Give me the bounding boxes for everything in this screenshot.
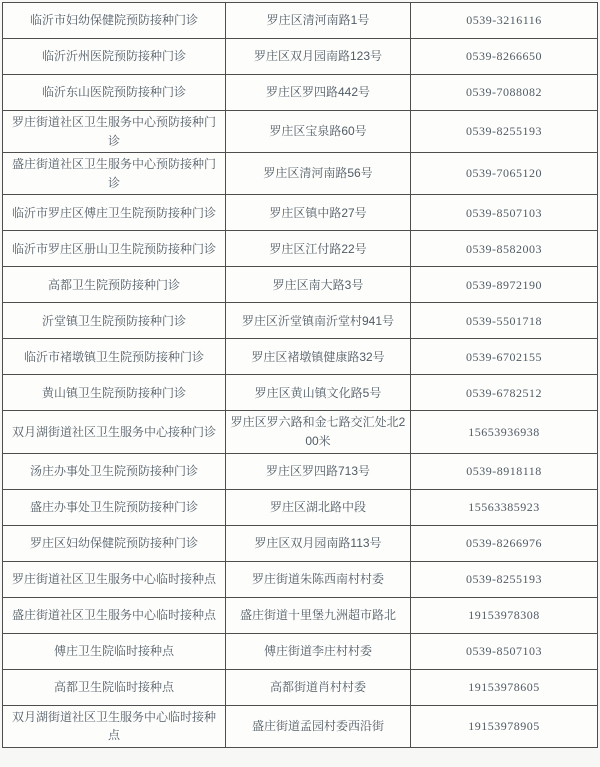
phone-cell: 0539-6782512	[411, 375, 598, 411]
phone-cell: 0539-8255193	[411, 561, 598, 597]
clinic-name-cell: 傅庄卫生院临时接种点	[3, 633, 226, 669]
phone-cell: 19153978605	[411, 669, 598, 705]
address-cell: 傅庄街道李庄村村委	[226, 633, 411, 669]
clinic-table-body: 临沂市妇幼保健院预防接种门诊罗庄区清河南路1号0539-3216116临沂沂州医…	[3, 3, 598, 748]
phone-cell: 15653936938	[411, 411, 598, 453]
clinic-name-cell: 临沂市罗庄区傅庄卫生院预防接种门诊	[3, 195, 226, 231]
table-row: 黄山镇卫生院预防接种门诊罗庄区黄山镇文化路5号0539-6782512	[3, 375, 598, 411]
table-row: 罗庄街道社区卫生服务中心预防接种门诊罗庄区宝泉路60号0539-8255193	[3, 111, 598, 153]
clinic-name-cell: 罗庄街道社区卫生服务中心预防接种门诊	[3, 111, 226, 153]
clinic-name-cell: 临沂市褚墩镇卫生院预防接种门诊	[3, 339, 226, 375]
table-row: 临沂东山医院预防接种门诊罗庄区罗四路442号0539-7088082	[3, 75, 598, 111]
address-cell: 罗庄区罗四路442号	[226, 75, 411, 111]
phone-cell: 0539-6702155	[411, 339, 598, 375]
table-row: 高都卫生院预防接种门诊罗庄区南大路3号0539-8972190	[3, 267, 598, 303]
table-row: 傅庄卫生院临时接种点傅庄街道李庄村村委0539-8507103	[3, 633, 598, 669]
address-cell: 盛庄街道孟园村委西沿街	[226, 705, 411, 747]
clinic-name-cell: 高都卫生院临时接种点	[3, 669, 226, 705]
vaccination-clinic-table-container: 临沂市妇幼保健院预防接种门诊罗庄区清河南路1号0539-3216116临沂沂州医…	[2, 2, 597, 748]
address-cell: 罗庄区双月园南路123号	[226, 39, 411, 75]
table-row: 双月湖街道社区卫生服务中心接种门诊罗庄区罗六路和金七路交汇处北200米15653…	[3, 411, 598, 453]
clinic-name-cell: 盛庄街道社区卫生服务中心临时接种点	[3, 597, 226, 633]
table-row: 双月湖街道社区卫生服务中心临时接种点盛庄街道孟园村委西沿街19153978905	[3, 705, 598, 747]
clinic-name-cell: 双月湖街道社区卫生服务中心接种门诊	[3, 411, 226, 453]
table-row: 临沂市妇幼保健院预防接种门诊罗庄区清河南路1号0539-3216116	[3, 3, 598, 39]
table-row: 盛庄街道社区卫生服务中心临时接种点盛庄街道十里堡九洲超市路北1915397830…	[3, 597, 598, 633]
phone-cell: 0539-8918118	[411, 453, 598, 489]
phone-cell: 0539-5501718	[411, 303, 598, 339]
table-row: 临沂市褚墩镇卫生院预防接种门诊罗庄区褚墩镇健康路32号0539-6702155	[3, 339, 598, 375]
phone-cell: 0539-8266650	[411, 39, 598, 75]
clinic-name-cell: 罗庄街道社区卫生服务中心临时接种点	[3, 561, 226, 597]
address-cell: 罗庄区双月园南路113号	[226, 525, 411, 561]
address-cell: 罗庄区罗四路713号	[226, 453, 411, 489]
table-row: 沂堂镇卫生院预防接种门诊罗庄区沂堂镇南沂堂村941号0539-5501718	[3, 303, 598, 339]
phone-cell: 15563385923	[411, 489, 598, 525]
table-row: 罗庄区妇幼保健院预防接种门诊罗庄区双月园南路113号0539-8266976	[3, 525, 598, 561]
phone-cell: 19153978905	[411, 705, 598, 747]
phone-cell: 0539-7065120	[411, 153, 598, 195]
clinic-name-cell: 临沂市罗庄区册山卫生院预防接种门诊	[3, 231, 226, 267]
address-cell: 罗庄区清河南路1号	[226, 3, 411, 39]
clinic-name-cell: 临沂东山医院预防接种门诊	[3, 75, 226, 111]
phone-cell: 0539-8255193	[411, 111, 598, 153]
phone-cell: 19153978308	[411, 597, 598, 633]
address-cell: 罗庄区江付路22号	[226, 231, 411, 267]
address-cell: 罗庄区清河南路56号	[226, 153, 411, 195]
address-cell: 罗庄街道朱陈西南村村委	[226, 561, 411, 597]
clinic-name-cell: 罗庄区妇幼保健院预防接种门诊	[3, 525, 226, 561]
table-row: 汤庄办事处卫生院预防接种门诊罗庄区罗四路713号0539-8918118	[3, 453, 598, 489]
clinic-name-cell: 沂堂镇卫生院预防接种门诊	[3, 303, 226, 339]
table-row: 盛庄街道社区卫生服务中心预防接种门诊罗庄区清河南路56号0539-7065120	[3, 153, 598, 195]
address-cell: 罗庄区宝泉路60号	[226, 111, 411, 153]
address-cell: 罗庄区南大路3号	[226, 267, 411, 303]
clinic-name-cell: 高都卫生院预防接种门诊	[3, 267, 226, 303]
phone-cell: 0539-7088082	[411, 75, 598, 111]
table-row: 临沂市罗庄区傅庄卫生院预防接种门诊罗庄区镇中路27号0539-8507103	[3, 195, 598, 231]
table-row: 盛庄办事处卫生院预防接种门诊罗庄区湖北路中段15563385923	[3, 489, 598, 525]
address-cell: 罗庄区黄山镇文化路5号	[226, 375, 411, 411]
address-cell: 罗庄区沂堂镇南沂堂村941号	[226, 303, 411, 339]
clinic-name-cell: 黄山镇卫生院预防接种门诊	[3, 375, 226, 411]
phone-cell: 0539-8507103	[411, 633, 598, 669]
address-cell: 罗庄区镇中路27号	[226, 195, 411, 231]
phone-cell: 0539-8582003	[411, 231, 598, 267]
address-cell: 罗庄区湖北路中段	[226, 489, 411, 525]
phone-cell: 0539-3216116	[411, 3, 598, 39]
clinic-name-cell: 双月湖街道社区卫生服务中心临时接种点	[3, 705, 226, 747]
clinic-name-cell: 盛庄办事处卫生院预防接种门诊	[3, 489, 226, 525]
phone-cell: 0539-8266976	[411, 525, 598, 561]
clinic-name-cell: 临沂市妇幼保健院预防接种门诊	[3, 3, 226, 39]
clinic-name-cell: 汤庄办事处卫生院预防接种门诊	[3, 453, 226, 489]
address-cell: 罗庄区罗六路和金七路交汇处北200米	[226, 411, 411, 453]
table-row: 罗庄街道社区卫生服务中心临时接种点罗庄街道朱陈西南村村委0539-8255193	[3, 561, 598, 597]
address-cell: 高都街道肖村村委	[226, 669, 411, 705]
address-cell: 罗庄区褚墩镇健康路32号	[226, 339, 411, 375]
table-row: 临沂沂州医院预防接种门诊罗庄区双月园南路123号0539-8266650	[3, 39, 598, 75]
address-cell: 盛庄街道十里堡九洲超市路北	[226, 597, 411, 633]
clinic-name-cell: 盛庄街道社区卫生服务中心预防接种门诊	[3, 153, 226, 195]
table-row: 高都卫生院临时接种点高都街道肖村村委19153978605	[3, 669, 598, 705]
table-row: 临沂市罗庄区册山卫生院预防接种门诊罗庄区江付路22号0539-8582003	[3, 231, 598, 267]
phone-cell: 0539-8972190	[411, 267, 598, 303]
clinic-name-cell: 临沂沂州医院预防接种门诊	[3, 39, 226, 75]
phone-cell: 0539-8507103	[411, 195, 598, 231]
vaccination-clinic-table: 临沂市妇幼保健院预防接种门诊罗庄区清河南路1号0539-3216116临沂沂州医…	[2, 2, 598, 748]
